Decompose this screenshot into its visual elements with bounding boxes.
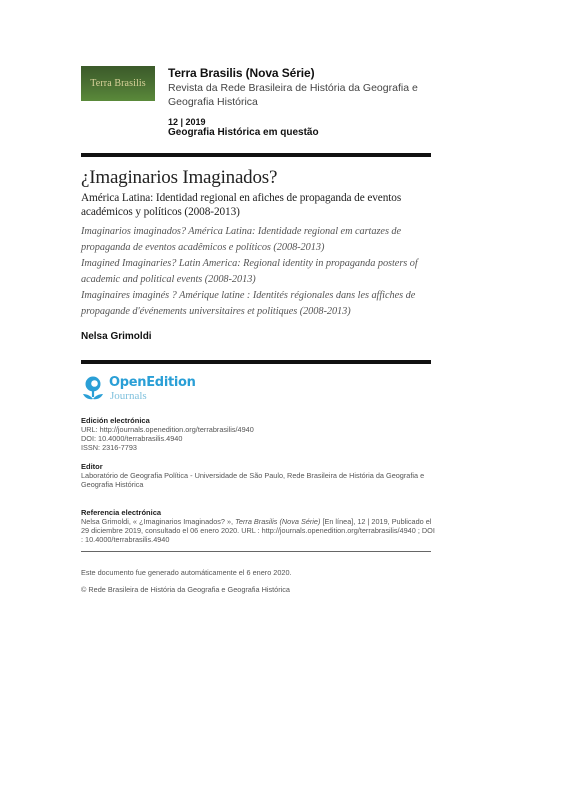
electronic-edition-block: Edición electrónica URL: http://journals…: [81, 416, 436, 452]
openedition-journals: Journals: [110, 390, 147, 402]
journal-title: Terra Brasilis (Nova Série): [168, 66, 438, 80]
journal-issn: ISSN: 2316-7793: [81, 443, 436, 452]
citation-text: Nelsa Grimoldi, « ¿Imaginarios Imaginado…: [81, 517, 436, 544]
article-title: ¿Imaginarios Imaginados?: [81, 167, 433, 189]
divider-top: [81, 153, 431, 157]
openedition-name: OpenEdition: [109, 376, 196, 390]
journal-header: Terra Brasilis Terra Brasilis (Nova Séri…: [81, 66, 431, 146]
electronic-reference-label: Referencia electrónica: [81, 508, 436, 517]
openedition-logo[interactable]: OpenEdition Journals: [81, 375, 201, 407]
journal-info: Terra Brasilis (Nova Série) Revista da R…: [168, 66, 438, 139]
alt-title-english: Imagined Imaginaries? Latin America: Reg…: [81, 256, 433, 288]
author-name: Nelsa Grimoldi: [81, 331, 152, 342]
editor-value: Laboratório de Geografia Política - Univ…: [81, 471, 436, 489]
issue-number: 12 | 2019: [168, 117, 438, 127]
journal-logo: Terra Brasilis: [81, 66, 155, 101]
openedition-flower-icon: [81, 375, 105, 405]
alternate-titles: Imaginarios imaginados? América Latina: …: [81, 224, 433, 320]
article-block: ¿Imaginarios Imaginados? América Latina:…: [81, 167, 433, 320]
article-subtitle: América Latina: Identidad regional en af…: [81, 191, 433, 219]
article-doi[interactable]: DOI: 10.4000/terrabrasilis.4940: [81, 434, 436, 443]
divider-bottom: [81, 551, 431, 552]
citation-journal: Terra Brasilis (Nova Série): [235, 517, 320, 526]
editor-label: Editor: [81, 462, 436, 471]
editor-block: Editor Laboratório de Geografia Política…: [81, 462, 436, 489]
alt-title-portuguese: Imaginarios imaginados? América Latina: …: [81, 224, 433, 256]
journal-logo-text: Terra Brasilis: [90, 78, 145, 89]
citation-prefix: Nelsa Grimoldi, « ¿Imaginarios Imaginado…: [81, 517, 235, 526]
copyright-note: © Rede Brasileira de História da Geograf…: [81, 585, 290, 594]
generated-note: Este documento fue generado automáticame…: [81, 568, 292, 577]
article-url[interactable]: URL: http://journals.openedition.org/ter…: [81, 425, 436, 434]
journal-subtitle: Revista da Rede Brasileira de História d…: [168, 81, 438, 109]
electronic-reference-block: Referencia electrónica Nelsa Grimoldi, «…: [81, 508, 436, 544]
electronic-edition-label: Edición electrónica: [81, 416, 436, 425]
alt-title-french: Imaginaires imaginés ? Amérique latine :…: [81, 288, 433, 320]
issue-title: Geografia Histórica em questão: [168, 127, 438, 139]
divider-middle: [81, 360, 431, 364]
